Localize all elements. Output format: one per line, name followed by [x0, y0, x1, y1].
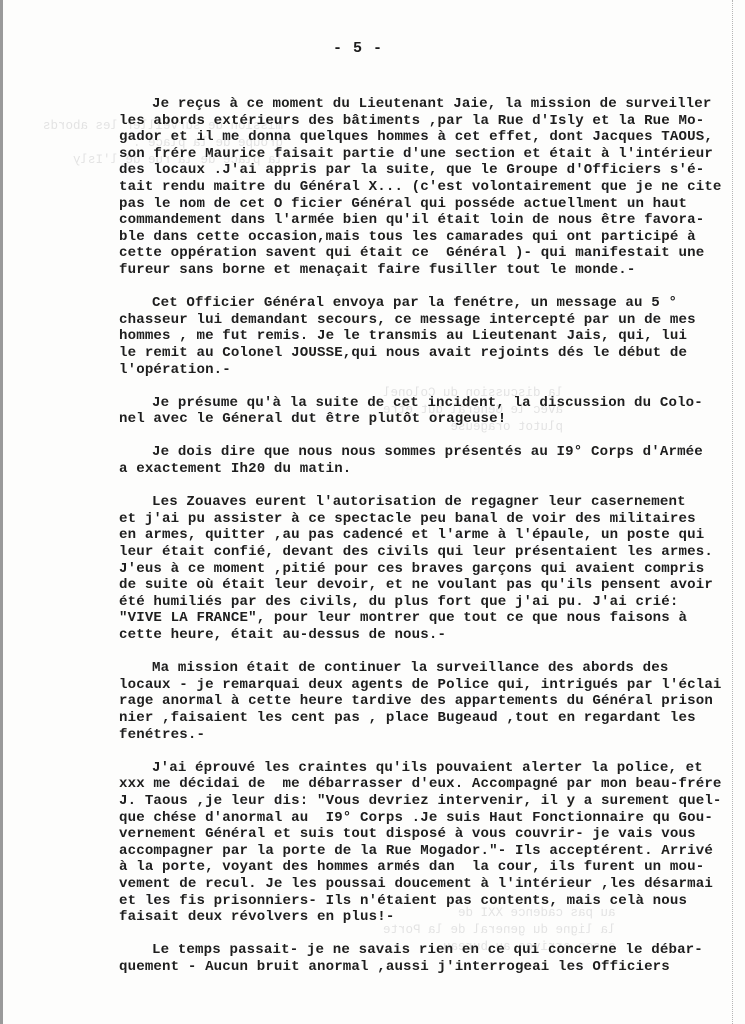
- text-line: Je dois dire que nous nous sommes présen…: [119, 444, 739, 461]
- text-line: et j'ai pu assister à ce spectacle peu b…: [119, 511, 739, 528]
- text-line: a exactement Ih20 du matin.: [119, 461, 739, 478]
- paragraph-mission: Je reçus à ce moment du Lieutenant Jaie,…: [119, 96, 739, 279]
- document-page: mission de surveiller les abords groupe …: [0, 0, 745, 1024]
- text-line: cette heure, était au-dessus de nous.-: [119, 627, 739, 644]
- text-line: J'ai éprouvé les craintes qu'ils pouvaie…: [119, 760, 739, 777]
- text-line: J. Taous ,je leur dis: "Vous devriez int…: [119, 793, 739, 810]
- text-line: quement - Aucun bruit anormal ,aussi j'i…: [119, 959, 739, 976]
- paragraph-police: J'ai éprouvé les craintes qu'ils pouvaie…: [119, 760, 739, 926]
- text-line: Ma mission était de continuer la surveil…: [119, 660, 739, 677]
- text-line: vernement Général et suis tout disposé à…: [119, 826, 739, 843]
- text-line: Je présume qu'à la suite de cet incident…: [119, 395, 739, 412]
- page-number: - 5 -: [333, 40, 383, 57]
- text-line: chasseur lui demandant secours, ce messa…: [119, 312, 739, 329]
- text-line: pas le nom de cet O ficier Général qui p…: [119, 196, 739, 213]
- text-line: Je reçus à ce moment du Lieutenant Jaie,…: [119, 96, 739, 113]
- text-line: des locaux .J'ai appris par la suite, qu…: [119, 162, 739, 179]
- text-line: le remit au Colonel JOUSSE,qui nous avai…: [119, 345, 739, 362]
- text-line: cette oppération savent qui était ce Gén…: [119, 245, 739, 262]
- text-line: les abords extérieurs des bâtiments ,par…: [119, 113, 739, 130]
- text-line: l'opération.-: [119, 362, 739, 379]
- text-line: Le temps passait- je ne savais rien en c…: [119, 942, 739, 959]
- text-line: que chése d'anormal au I9° Corps .Je sui…: [119, 810, 739, 827]
- paragraph-time: Je dois dire que nous nous sommes présen…: [119, 444, 739, 477]
- text-line: J'eus à ce moment ,pitié pour ces braves…: [119, 561, 739, 578]
- text-line: et les fis prisonniers- Ils n'étaient pa…: [119, 893, 739, 910]
- text-line: fenétres.-: [119, 727, 739, 744]
- text-line: commandement dans l'armée bien qu'il éta…: [119, 212, 739, 229]
- text-line: rage anormal à cette heure tardive des a…: [119, 693, 739, 710]
- paragraph-discussion: Je présume qu'à la suite de cet incident…: [119, 395, 739, 428]
- text-line: Cet Officier Général envoya par la fenét…: [119, 295, 739, 312]
- text-line: son frére Maurice faisait partie d'une s…: [119, 146, 739, 163]
- text-line: locaux - je remarquai deux agents de Pol…: [119, 677, 739, 694]
- text-line: de suite où était leur devoir, et ne vou…: [119, 577, 739, 594]
- document-body: Je reçus à ce moment du Lieutenant Jaie,…: [119, 96, 739, 992]
- text-line: xxx me décidai de me débarrasser d'eux. …: [119, 776, 739, 793]
- paragraph-message: Cet Officier Général envoya par la fenét…: [119, 295, 739, 378]
- text-line: nier ,faisaient les cent pas , place Bug…: [119, 710, 739, 727]
- paragraph-time-passing: Le temps passait- je ne savais rien en c…: [119, 942, 739, 975]
- text-line: faisait deux révolvers en plus!-: [119, 909, 739, 926]
- paragraph-zouaves: Les Zouaves eurent l'autorisation de reg…: [119, 494, 739, 643]
- text-line: leur était confié, devant des civils qui…: [119, 544, 739, 561]
- text-line: été humiliés par des civils, du plus for…: [119, 594, 739, 611]
- text-line: en armes, quitter ,au pas cadencé et l'a…: [119, 527, 739, 544]
- text-line: gador et il me donna quelques hommes à c…: [119, 129, 739, 146]
- paragraph-surveillance: Ma mission était de continuer la surveil…: [119, 660, 739, 743]
- text-line: nel avec le Géneral dut être plutôt orag…: [119, 411, 739, 428]
- text-line: accompagner par la porte de la Rue Mogad…: [119, 843, 739, 860]
- text-line: "VIVE LA FRANCE", pour leur montrer que …: [119, 610, 739, 627]
- text-line: hommes , me fut remis. Je le transmis au…: [119, 328, 739, 345]
- text-line: ble dans cette occasion,mais tous les ca…: [119, 229, 739, 246]
- text-line: à la porte, voyant des hommes armés dan …: [119, 859, 739, 876]
- text-line: fureur sans borne et menaçait faire fusi…: [119, 262, 739, 279]
- text-line: tait rendu maitre du Général X... (c'est…: [119, 179, 739, 196]
- text-line: vement de recul. Je les poussai doucemen…: [119, 876, 739, 893]
- text-line: Les Zouaves eurent l'autorisation de reg…: [119, 494, 739, 511]
